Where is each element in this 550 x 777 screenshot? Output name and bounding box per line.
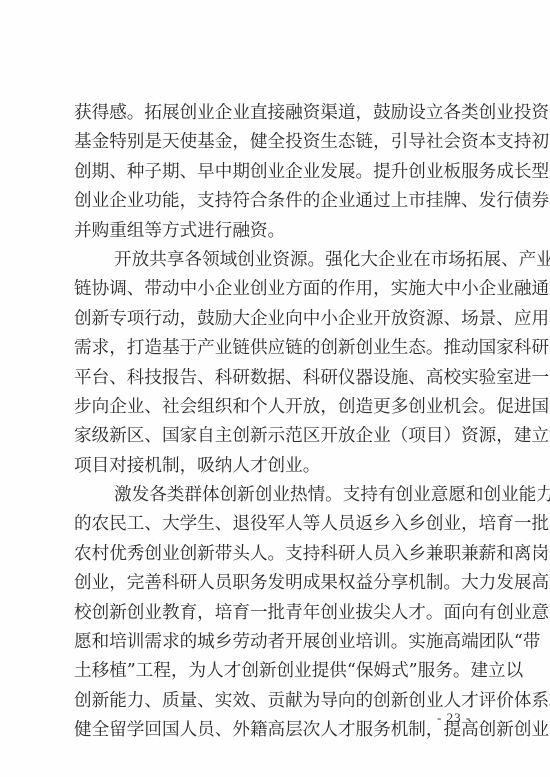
page-number: - 23 - bbox=[437, 710, 471, 726]
text-line: 的农民工、大学生、退役军人等人员返乡入乡创业，培育一批 bbox=[74, 510, 478, 539]
text-line: 家级新区、国家自主创新示范区开放企业（项目）资源，建立 bbox=[74, 422, 478, 451]
text-line: 链协调、带动中小企业创业方面的作用，实施大中小企业融通 bbox=[74, 275, 478, 304]
text-line: 并购重组等方式进行融资。 bbox=[74, 217, 478, 246]
text-line: 创业，完善科研人员职务发明成果权益分享机制。大力发展高 bbox=[74, 569, 478, 598]
text-line: 基金特别是天使基金，健全投资生态链，引导社会资本支持初 bbox=[74, 128, 478, 157]
text-line: 愿和培训需求的城乡劳动者开展创业培训。实施高端团队“带 bbox=[74, 628, 478, 657]
text-line: 项目对接机制，吸纳人才创业。 bbox=[74, 452, 478, 481]
text-line: 需求，打造基于产业链供应链的创新创业生态。推动国家科研 bbox=[74, 334, 478, 363]
text-line: 农村优秀创业创新带头人。支持科研人员入乡兼职兼薪和离岗 bbox=[74, 540, 478, 569]
text-line: 健全留学回国人员、外籍高层次人才服务机制，提高创新创业 bbox=[74, 716, 478, 745]
paragraph-first-line: 激发各类群体创新创业热情。支持有创业意愿和创业能力 bbox=[74, 481, 478, 510]
text-line: 土移植”工程，为人才创新创业提供“保姆式”服务。建立以 bbox=[74, 657, 478, 686]
document-page: 获得感。拓展创业企业直接融资渠道，鼓励设立各类创业投资基金特别是天使基金，健全投… bbox=[0, 0, 550, 777]
text-line: 创新专项行动，鼓励大企业向中小企业开放资源、场景、应用、 bbox=[74, 305, 478, 334]
text-line: 创新能力、质量、实效、贡献为导向的创新创业人才评价体系。 bbox=[74, 687, 478, 716]
text-line: 平台、科技报告、科研数据、科研仪器设施、高校实验室进一 bbox=[74, 364, 478, 393]
paragraph-first-line: 开放共享各领域创业资源。强化大企业在市场拓展、产业 bbox=[74, 246, 478, 275]
text-line: 获得感。拓展创业企业直接融资渠道，鼓励设立各类创业投资 bbox=[74, 99, 478, 128]
body-text: 获得感。拓展创业企业直接融资渠道，鼓励设立各类创业投资基金特别是天使基金，健全投… bbox=[74, 99, 478, 746]
text-line: 步向企业、社会组织和个人开放，创造更多创业机会。促进国 bbox=[74, 393, 478, 422]
text-line: 校创新创业教育，培育一批青年创业拔尖人才。面向有创业意 bbox=[74, 599, 478, 628]
text-line: 创期、种子期、早中期创业企业发展。提升创业板服务成长型 bbox=[74, 158, 478, 187]
text-line: 创业企业功能，支持符合条件的企业通过上市挂牌、发行债券、 bbox=[74, 187, 478, 216]
